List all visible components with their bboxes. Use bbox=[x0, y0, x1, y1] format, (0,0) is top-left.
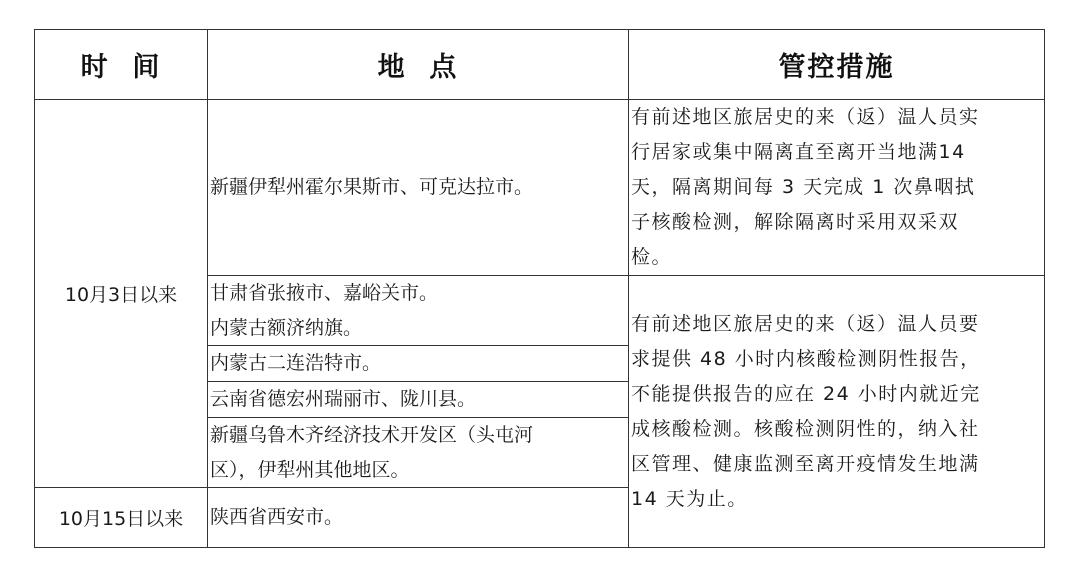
header-time-label: 时 间 bbox=[81, 45, 162, 84]
location-cell-1: 新疆伊犁州霍尔果斯市、可克达拉市。 bbox=[207, 99, 629, 276]
location-text-3: 内蒙古二连浩特市。 bbox=[210, 346, 381, 381]
measures-text-testing: 有前述地区旅居史的来（返）温人员要 求提供 48 小时内核酸检测阴性报告， 不能… bbox=[631, 307, 981, 517]
time-label-oct3: 10月3日以来 bbox=[65, 280, 177, 307]
location-text-2: 甘肃省张掖市、嘉峪关市。 内蒙古额济纳旗。 bbox=[210, 276, 438, 346]
header-measures-label: 管控措施 bbox=[779, 45, 895, 84]
location-cell-4: 云南省德宏州瑞丽市、陇川县。 bbox=[207, 381, 629, 418]
location-text-1: 新疆伊犁州霍尔果斯市、可克达拉市。 bbox=[210, 170, 533, 205]
time-cell-oct3: 10月3日以来 bbox=[34, 99, 208, 488]
header-location-label: 地 点 bbox=[378, 45, 459, 84]
location-text-6: 陕西省西安市。 bbox=[210, 500, 343, 535]
location-cell-2: 甘肃省张掖市、嘉峪关市。 内蒙古额济纳旗。 bbox=[207, 275, 629, 346]
location-cell-6: 陕西省西安市。 bbox=[207, 487, 629, 548]
measures-cell-testing: 有前述地区旅居史的来（返）温人员要 求提供 48 小时内核酸检测阴性报告， 不能… bbox=[628, 275, 1045, 548]
time-cell-oct15: 10月15日以来 bbox=[34, 487, 208, 548]
header-time: 时 间 bbox=[34, 29, 208, 100]
location-cell-5: 新疆乌鲁木齐经济技术开发区（头屯河 区），伊犁州其他地区。 bbox=[207, 417, 629, 488]
location-text-4: 云南省德宏州瑞丽市、陇川县。 bbox=[210, 382, 476, 417]
control-measures-table: 时 间 地 点 管控措施 10月3日以来 10月15日以来 新疆伊犁州霍尔果斯市… bbox=[34, 29, 1045, 548]
measures-cell-quarantine: 有前述地区旅居史的来（返）温人员实 行居家或集中隔离直至离开当地满14 天，隔离… bbox=[628, 99, 1045, 276]
header-measures: 管控措施 bbox=[628, 29, 1045, 100]
location-cell-3: 内蒙古二连浩特市。 bbox=[207, 345, 629, 382]
time-label-oct15: 10月15日以来 bbox=[59, 504, 183, 531]
header-location: 地 点 bbox=[207, 29, 629, 100]
location-text-5: 新疆乌鲁木齐经济技术开发区（头屯河 区），伊犁州其他地区。 bbox=[210, 418, 533, 488]
measures-text-quarantine: 有前述地区旅居史的来（返）温人员实 行居家或集中隔离直至离开当地满14 天，隔离… bbox=[631, 100, 980, 275]
